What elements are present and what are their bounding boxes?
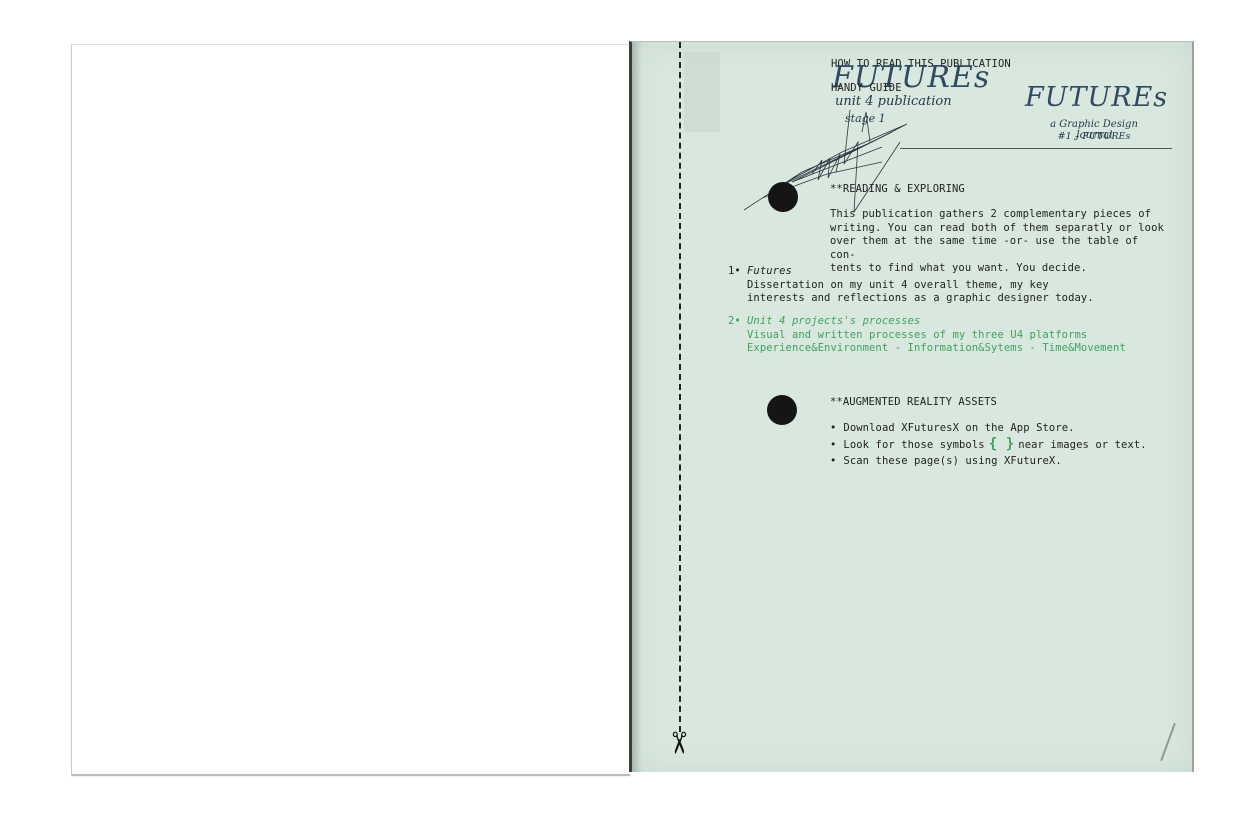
contents-item-2-line-2: Experience&Environment - Information&Syt… [747,342,1126,356]
contents-item-2-line-1: Visual and written processes of my three… [747,329,1126,343]
journal-issue: #1 – FUTUREs [1034,131,1154,142]
ar-instructions-list: Download XFuturesX on the App Store. Loo… [830,420,1147,469]
contents-item-1-title: Futures [747,265,1094,279]
contents-item-1-line-1: Dissertation on my unit 4 overall theme,… [747,279,1094,293]
scissors-icon: ✂ [663,730,693,755]
ar-item-text: Scan these page(s) using XFutureX. [843,455,1061,467]
left-blank-page [71,44,630,776]
contents-item-1-number: 1• [728,265,741,277]
dashed-cut-line [679,42,681,732]
reading-section-title: **READING & EXPLORING [830,183,965,195]
ar-item-download: Download XFuturesX on the App Store. [830,420,1147,436]
ar-section-title: **AUGMENTED REALITY ASSETS [830,396,997,408]
ar-item-text: Download XFuturesX on the App Store. [843,422,1074,434]
header-rule [900,148,1172,149]
ar-braces-icon: { } [989,436,1015,452]
bullet-dot-icon [767,395,797,425]
contents-item-1-line-2: interests and reflections as a graphic d… [747,292,1094,306]
contents-item-2: Unit 4 projects's processes Visual and w… [747,315,1126,356]
ar-item-scan: Scan these page(s) using XFutureX. [830,453,1147,469]
paper-patch [684,52,720,132]
journal-title: FUTUREs [1025,82,1168,113]
contents-item-2-title: Unit 4 projects's processes [747,315,1126,329]
contents-item-2-number: 2• [728,315,741,327]
spine-shadow [632,42,642,772]
paper-crease [1160,723,1176,761]
contents-item-1: Futures Dissertation on my unit 4 overal… [747,265,1094,306]
right-page-guide: ✂ HOW TO READ THIS PUBLICATION FUTUREs H… [629,41,1194,772]
guide-sublabel: HANDY GUIDE [831,82,902,94]
bullet-dot-icon [768,182,798,212]
signature-scribble-icon [732,102,932,222]
ar-item-symbols: Look for those symbols{ }near images or … [830,436,1147,453]
ar-item-text: Look for those symbols [843,439,984,451]
ar-item-text-after: near images or text. [1018,439,1146,451]
